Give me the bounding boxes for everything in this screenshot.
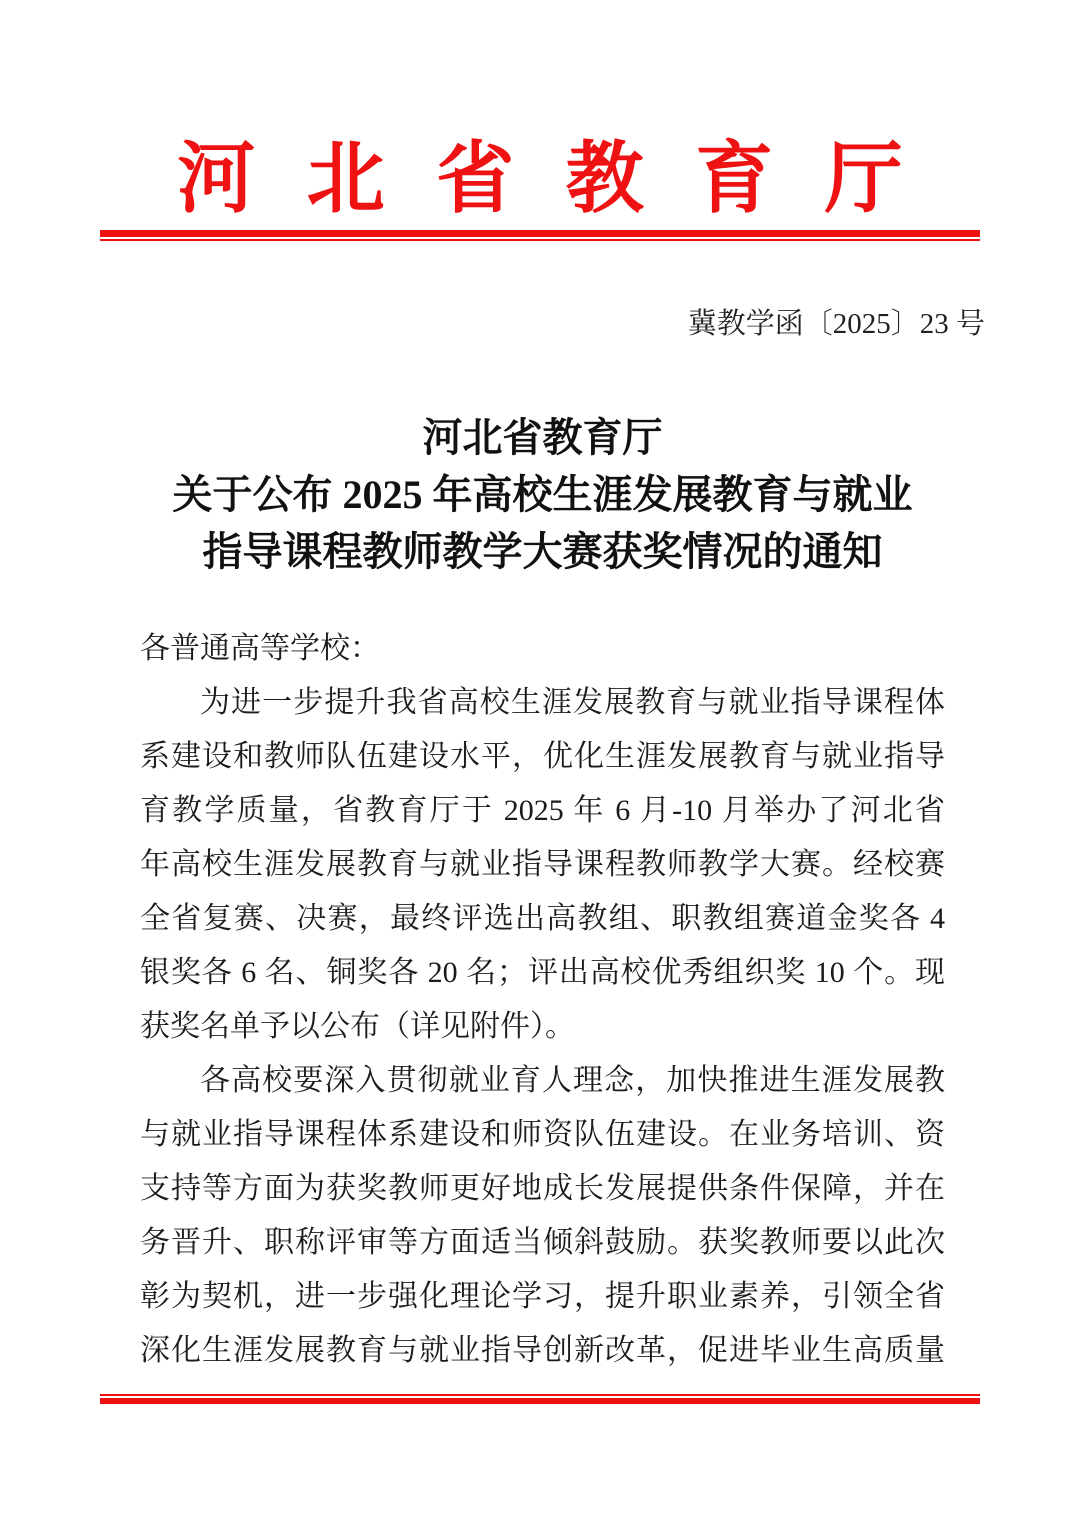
body-line: 全省复赛、决赛，最终评选出高教组、职教组赛道金奖各 4 名、 — [140, 892, 945, 946]
document-content: 冀教学函〔2025〕23 号 河北省教育厅 关于公布 2025 年高校生涯发展教… — [140, 305, 945, 1378]
document-page: 河北省教育厅 冀教学函〔2025〕23 号 河北省教育厅 关于公布 2025 年… — [0, 0, 1080, 1527]
body-line: 务晋升、职称评审等方面适当倾斜鼓励。获奖教师要以此次表 — [140, 1216, 945, 1270]
notice-title: 河北省教育厅 关于公布 2025 年高校生涯发展教育与就业 指导课程教师教学大赛… — [140, 409, 945, 580]
body-line: 育教学质量，省教育厅于 2025 年 6 月-10 月举办了河北省 2025 — [140, 784, 945, 838]
letterhead: 河北省教育厅 — [0, 0, 1080, 241]
title-line-2: 关于公布 2025 年高校生涯发展教育与就业 — [140, 466, 945, 523]
body-line: 支持等方面为获奖教师更好地成长发展提供条件保障，并在职 — [140, 1162, 945, 1216]
document-number: 冀教学函〔2025〕23 号 — [140, 305, 985, 343]
agency-name: 河北省教育厅 — [0, 0, 1080, 218]
divider-thin-bar — [100, 239, 980, 241]
divider-thin-bar — [100, 1394, 980, 1396]
body-line: 深化生涯发展教育与就业指导创新改革，促进毕业生高质量充 — [140, 1324, 945, 1378]
document-body: 各普通高等学校： 为进一步提升我省高校生涯发展教育与就业指导课程体 系建设和教师… — [140, 622, 945, 1378]
body-line: 与就业指导课程体系建设和师资队伍建设。在业务培训、资源 — [140, 1108, 945, 1162]
body-line: 彰为契机，进一步强化理论学习，提升职业素养，引领全省高校 — [140, 1270, 945, 1324]
body-line: 银奖各 6 名、铜奖各 20 名；评出高校优秀组织奖 10 个。现将 — [140, 946, 945, 1000]
body-line: 为进一步提升我省高校生涯发展教育与就业指导课程体 — [140, 676, 945, 730]
title-line-1: 河北省教育厅 — [140, 409, 945, 466]
body-line: 年高校生涯发展教育与就业指导课程教师教学大赛。经校赛及 — [140, 838, 945, 892]
divider-thick-bar — [100, 230, 980, 237]
body-line: 系建设和教师队伍建设水平，优化生涯发展教育与就业指导教 — [140, 730, 945, 784]
body-line: 获奖名单予以公布（详见附件）。 — [140, 1000, 945, 1054]
salutation: 各普通高等学校： — [140, 622, 945, 676]
body-line: 各高校要深入贯彻就业育人理念，加快推进生涯发展教育 — [140, 1054, 945, 1108]
divider-thick-bar — [100, 1398, 980, 1404]
footer-divider — [100, 1394, 980, 1404]
letterhead-divider — [100, 230, 980, 241]
title-line-3: 指导课程教师教学大赛获奖情况的通知 — [140, 523, 945, 580]
